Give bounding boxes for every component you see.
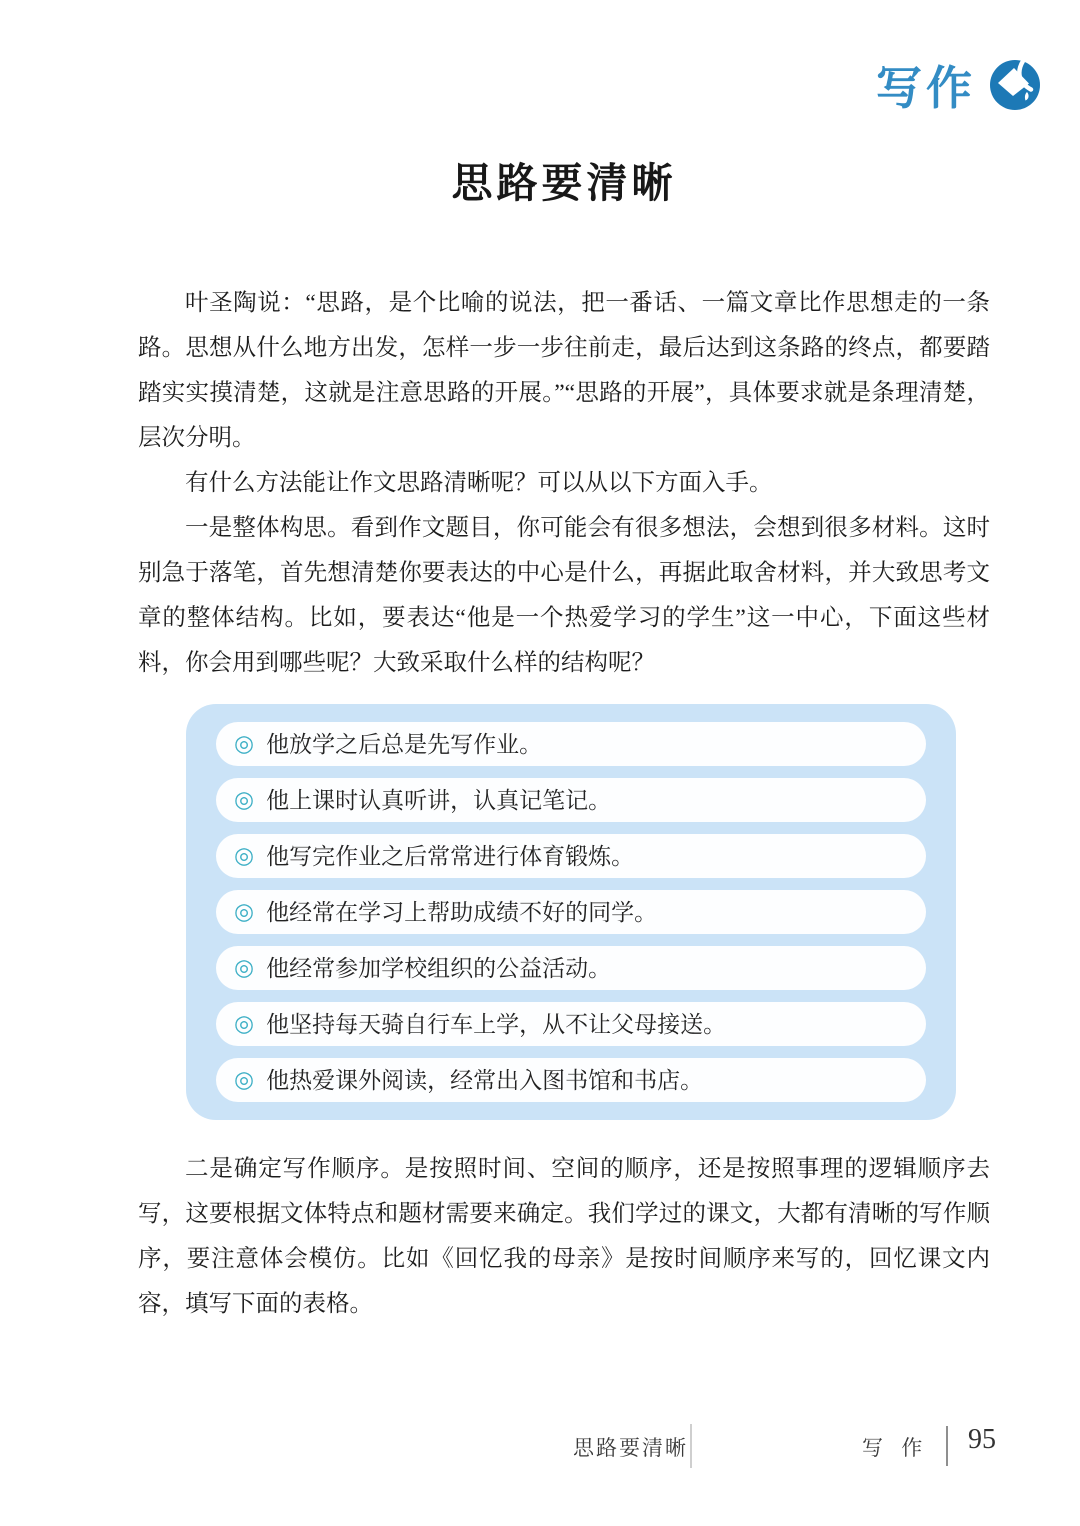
material-item-text: 他写完作业之后常常进行体育锻炼。: [266, 834, 634, 879]
unit-header: 写作: [876, 52, 1042, 118]
main-content: 叶圣陶说：“思路，是个比喻的说法，把一番话、一篇文章比作思想走的一条路。思想从什…: [138, 281, 990, 1327]
intro-paragraph-1: 叶圣陶说：“思路，是个比喻的说法，把一番话、一篇文章比作思想走的一条路。思想从什…: [138, 281, 990, 461]
writing-unit-icon: [988, 58, 1042, 112]
footer-divider-light: [690, 1424, 692, 1468]
bullseye-bullet-icon: ◎: [234, 789, 254, 812]
intro-paragraph-3: 一是整体构思。看到作文题目，你可能会有很多想法，会想到很多材料。这时别急于落笔，…: [138, 506, 990, 686]
material-item-text: 他坚持每天骑自行车上学，从不让父母接送。: [266, 1002, 726, 1047]
page-footer: 思路要清晰 写 作 95: [0, 1418, 1080, 1482]
footer-unit-label: 写 作: [862, 1432, 924, 1462]
bullseye-bullet-icon: ◎: [234, 1013, 254, 1036]
footer-divider-dark: [946, 1426, 948, 1466]
material-item: ◎ 他经常在学习上帮助成绩不好的同学。: [216, 890, 926, 934]
bullseye-bullet-icon: ◎: [234, 901, 254, 924]
bullseye-bullet-icon: ◎: [234, 733, 254, 756]
material-item: ◎ 他放学之后总是先写作业。: [216, 722, 926, 766]
material-item-text: 他热爱课外阅读，经常出入图书馆和书店。: [266, 1058, 703, 1103]
intro-paragraph-2: 有什么方法能让作文思路清晰呢？可以从以下方面入手。: [138, 461, 990, 506]
material-item-text: 他上课时认真听讲，认真记笔记。: [266, 778, 611, 823]
material-item-text: 他放学之后总是先写作业。: [266, 722, 542, 767]
material-item: ◎ 他写完作业之后常常进行体育锻炼。: [216, 834, 926, 878]
material-item: ◎ 他坚持每天骑自行车上学，从不让父母接送。: [216, 1002, 926, 1046]
bullseye-bullet-icon: ◎: [234, 845, 254, 868]
bullseye-bullet-icon: ◎: [234, 1069, 254, 1092]
unit-header-label: 写作: [876, 52, 976, 118]
material-item: ◎ 他上课时认真听讲，认真记笔记。: [216, 778, 926, 822]
textbook-page: 写作 思路要清晰 叶圣陶说：“思路，是个比喻的说法，把一番话、一篇文章比作思想走…: [0, 0, 1080, 1526]
material-item-text: 他经常在学习上帮助成绩不好的同学。: [266, 890, 657, 935]
footer-chapter-title: 思路要清晰: [573, 1432, 688, 1462]
material-item: ◎ 他经常参加学校组织的公益活动。: [216, 946, 926, 990]
closing-paragraph-1: 二是确定写作顺序。是按照时间、空间的顺序，还是按照事理的逻辑顺序去写，这要根据文…: [138, 1147, 990, 1327]
footer-page-number: 95: [968, 1424, 996, 1456]
material-item: ◎ 他热爱课外阅读，经常出入图书馆和书店。: [216, 1058, 926, 1102]
page-title: 思路要清晰: [138, 150, 990, 209]
bullseye-bullet-icon: ◎: [234, 957, 254, 980]
material-item-text: 他经常参加学校组织的公益活动。: [266, 946, 611, 991]
materials-panel: ◎ 他放学之后总是先写作业。 ◎ 他上课时认真听讲，认真记笔记。 ◎ 他写完作业…: [186, 704, 956, 1120]
